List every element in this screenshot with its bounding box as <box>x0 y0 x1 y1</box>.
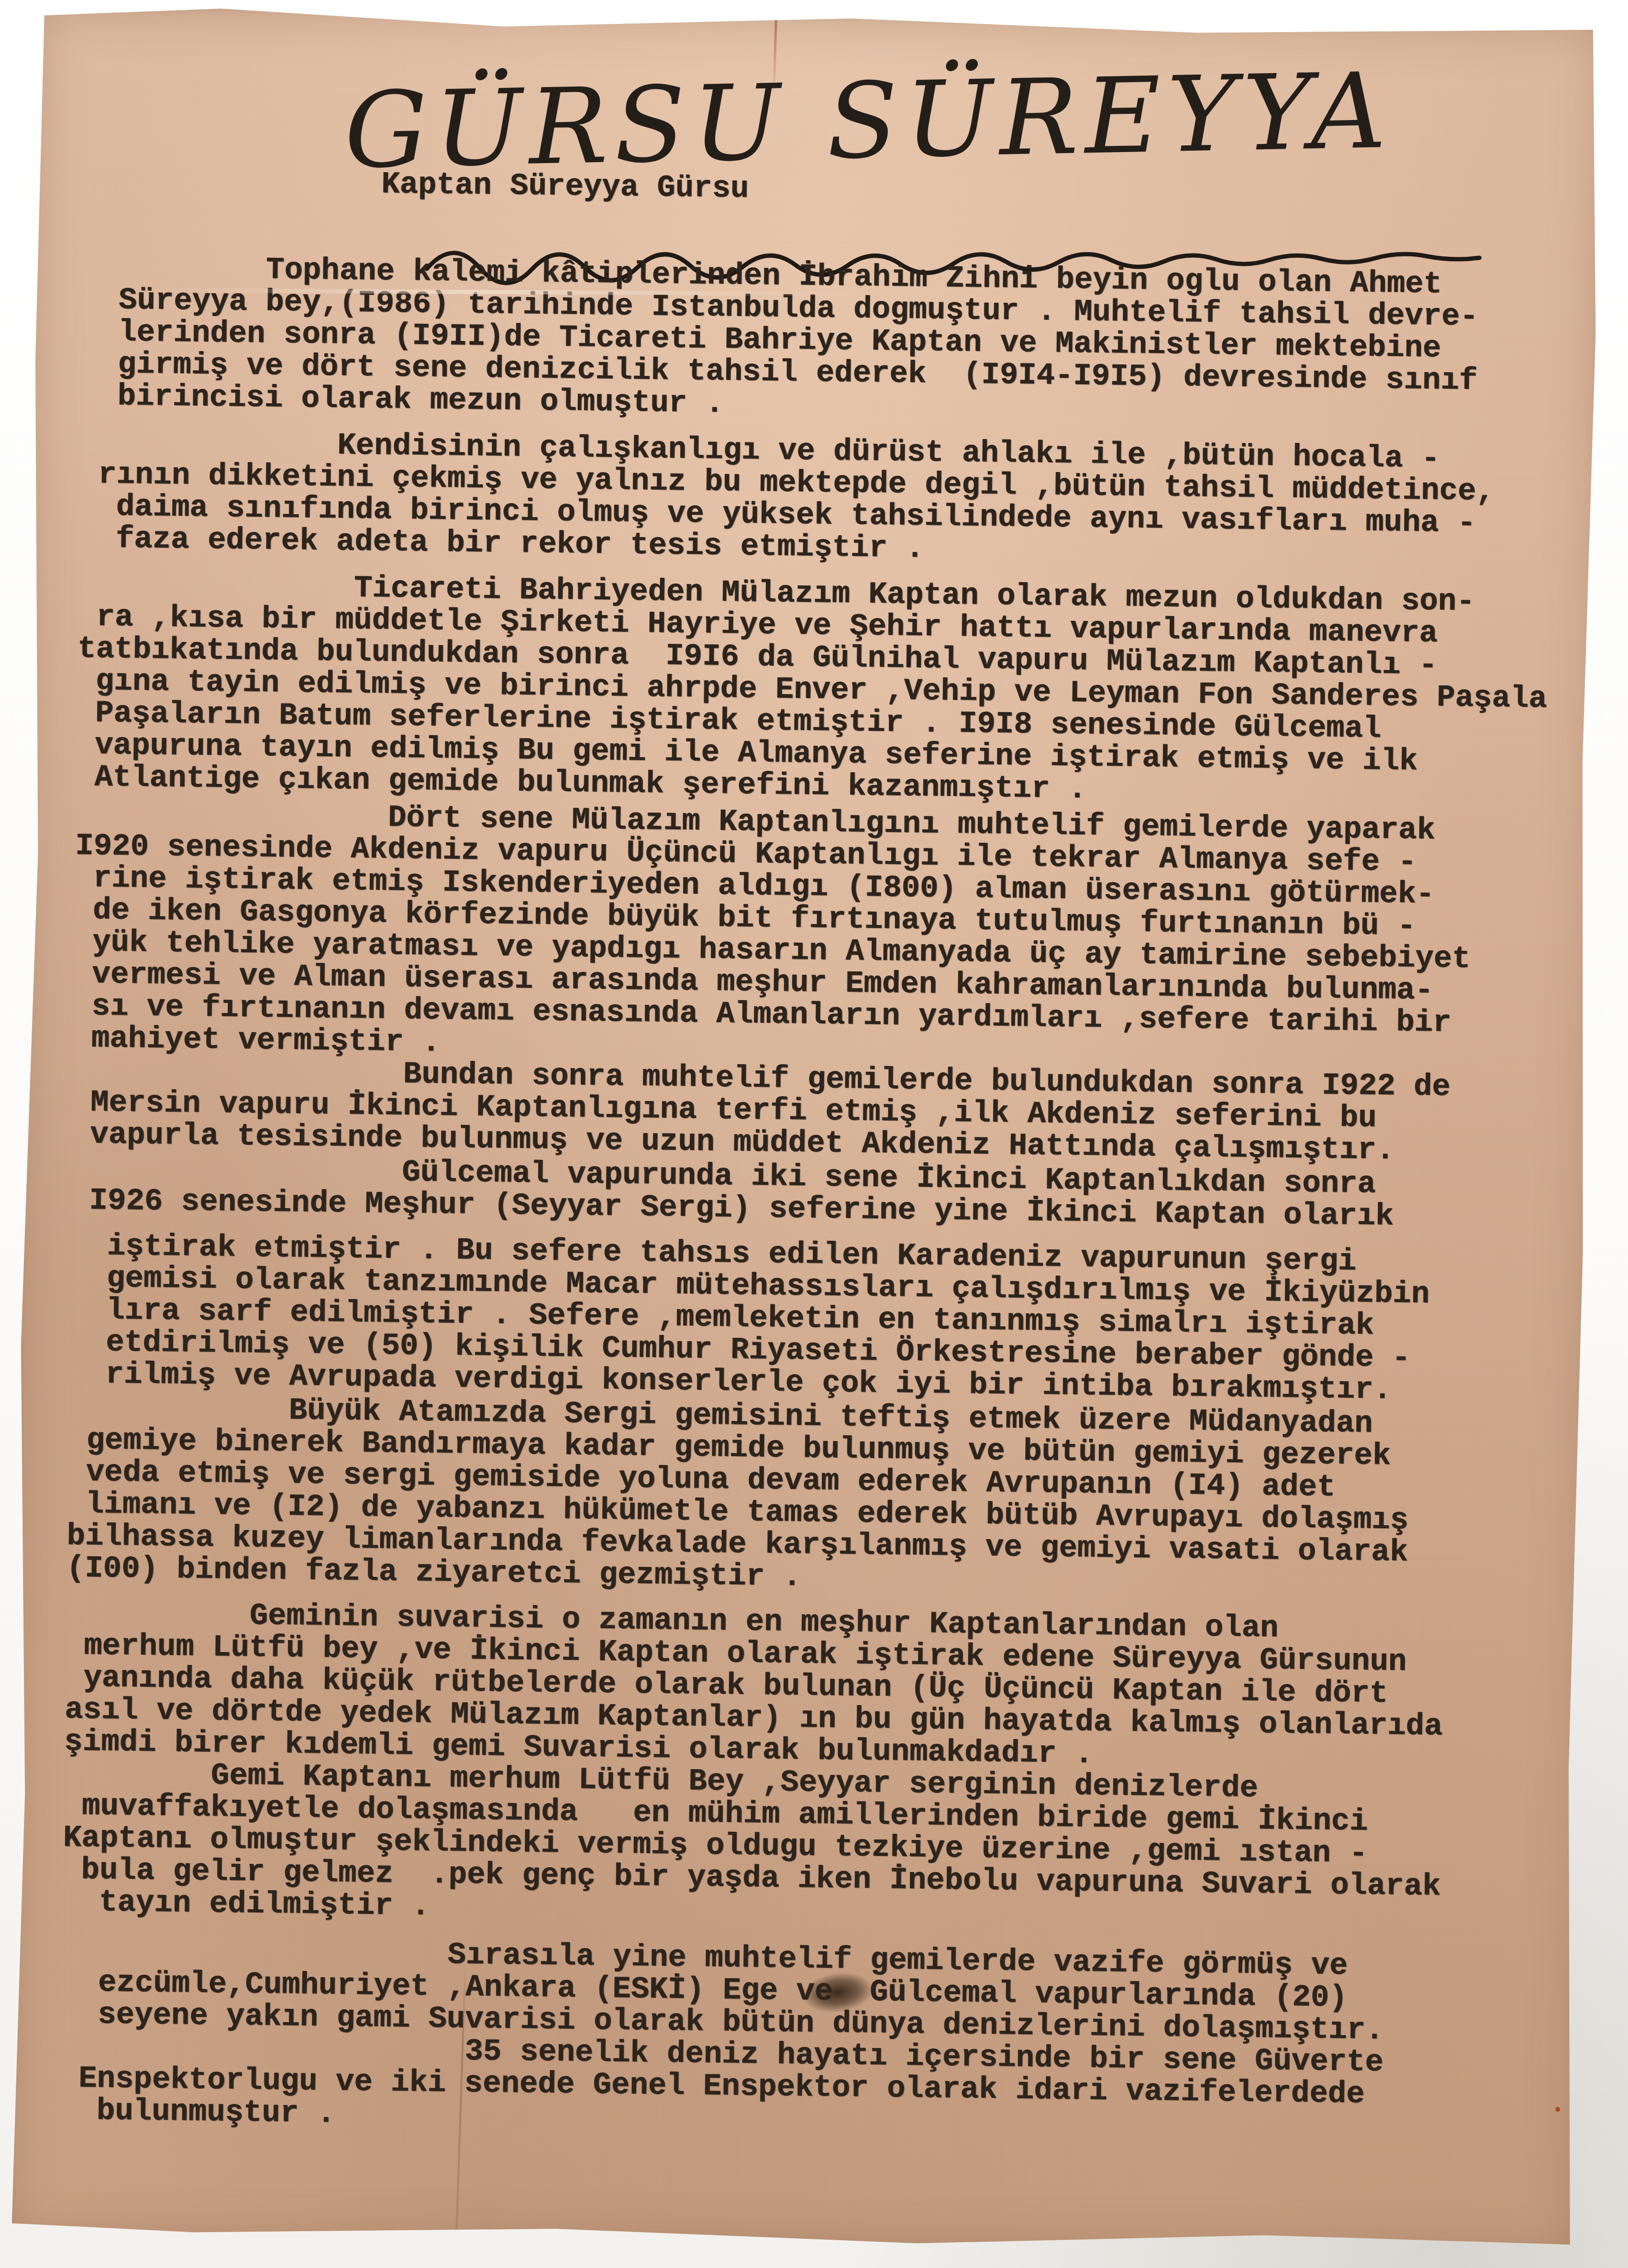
paragraph-ship-captains: Geminin suvarisi o zamanın en meşhur Kap… <box>64 1598 1578 1777</box>
typed-heading: Kaptan Süreyya Gürsu <box>381 169 749 205</box>
paragraph-karadeniz-exhibition: iştirak etmiştir . Bu sefere tahsıs edil… <box>68 1230 1582 1409</box>
paper-sheet: GÜRSU SÜREYYA Kaptan Süreyya Gürsu Topha… <box>5 3 1606 2260</box>
scanned-document-page: { "colors": { "paper": "#d8b399", "paper… <box>0 0 1628 2268</box>
paragraph-inebolu-command: Gemi Kaptanı merhum Lütfü Bey ,Seyyar se… <box>62 1758 1576 1937</box>
red-ink-speck <box>1555 2107 1560 2112</box>
paragraph-career-summary: Sırasıla yine muhtelif gemilerde vazife … <box>59 1935 1573 2146</box>
paragraph-mersin-promotion: Bundan sonra muhtelif gemilerde bulunduk… <box>71 1055 1584 1169</box>
paragraph-birth-education: Tophane kalemi kâtiplerinden İbrahim Zih… <box>80 252 1594 431</box>
paragraph-akdeniz-storm: Dört sene Mülazım Kaptanlıgını muhtelif … <box>73 798 1587 1073</box>
typed-body: Tophane kalemi kâtiplerinden İbrahim Zih… <box>59 252 1594 2145</box>
paragraph-first-service: Ticareti Bahriyeden Mülazım Kaptan olara… <box>76 569 1590 812</box>
paragraph-diligence: Kendisinin çalışkanlıgı ve dürüst ahlakı… <box>79 427 1592 573</box>
paragraph-ataturk-inspection: Büyük Atamızda Sergi gemisini teftiş etm… <box>66 1392 1580 1603</box>
